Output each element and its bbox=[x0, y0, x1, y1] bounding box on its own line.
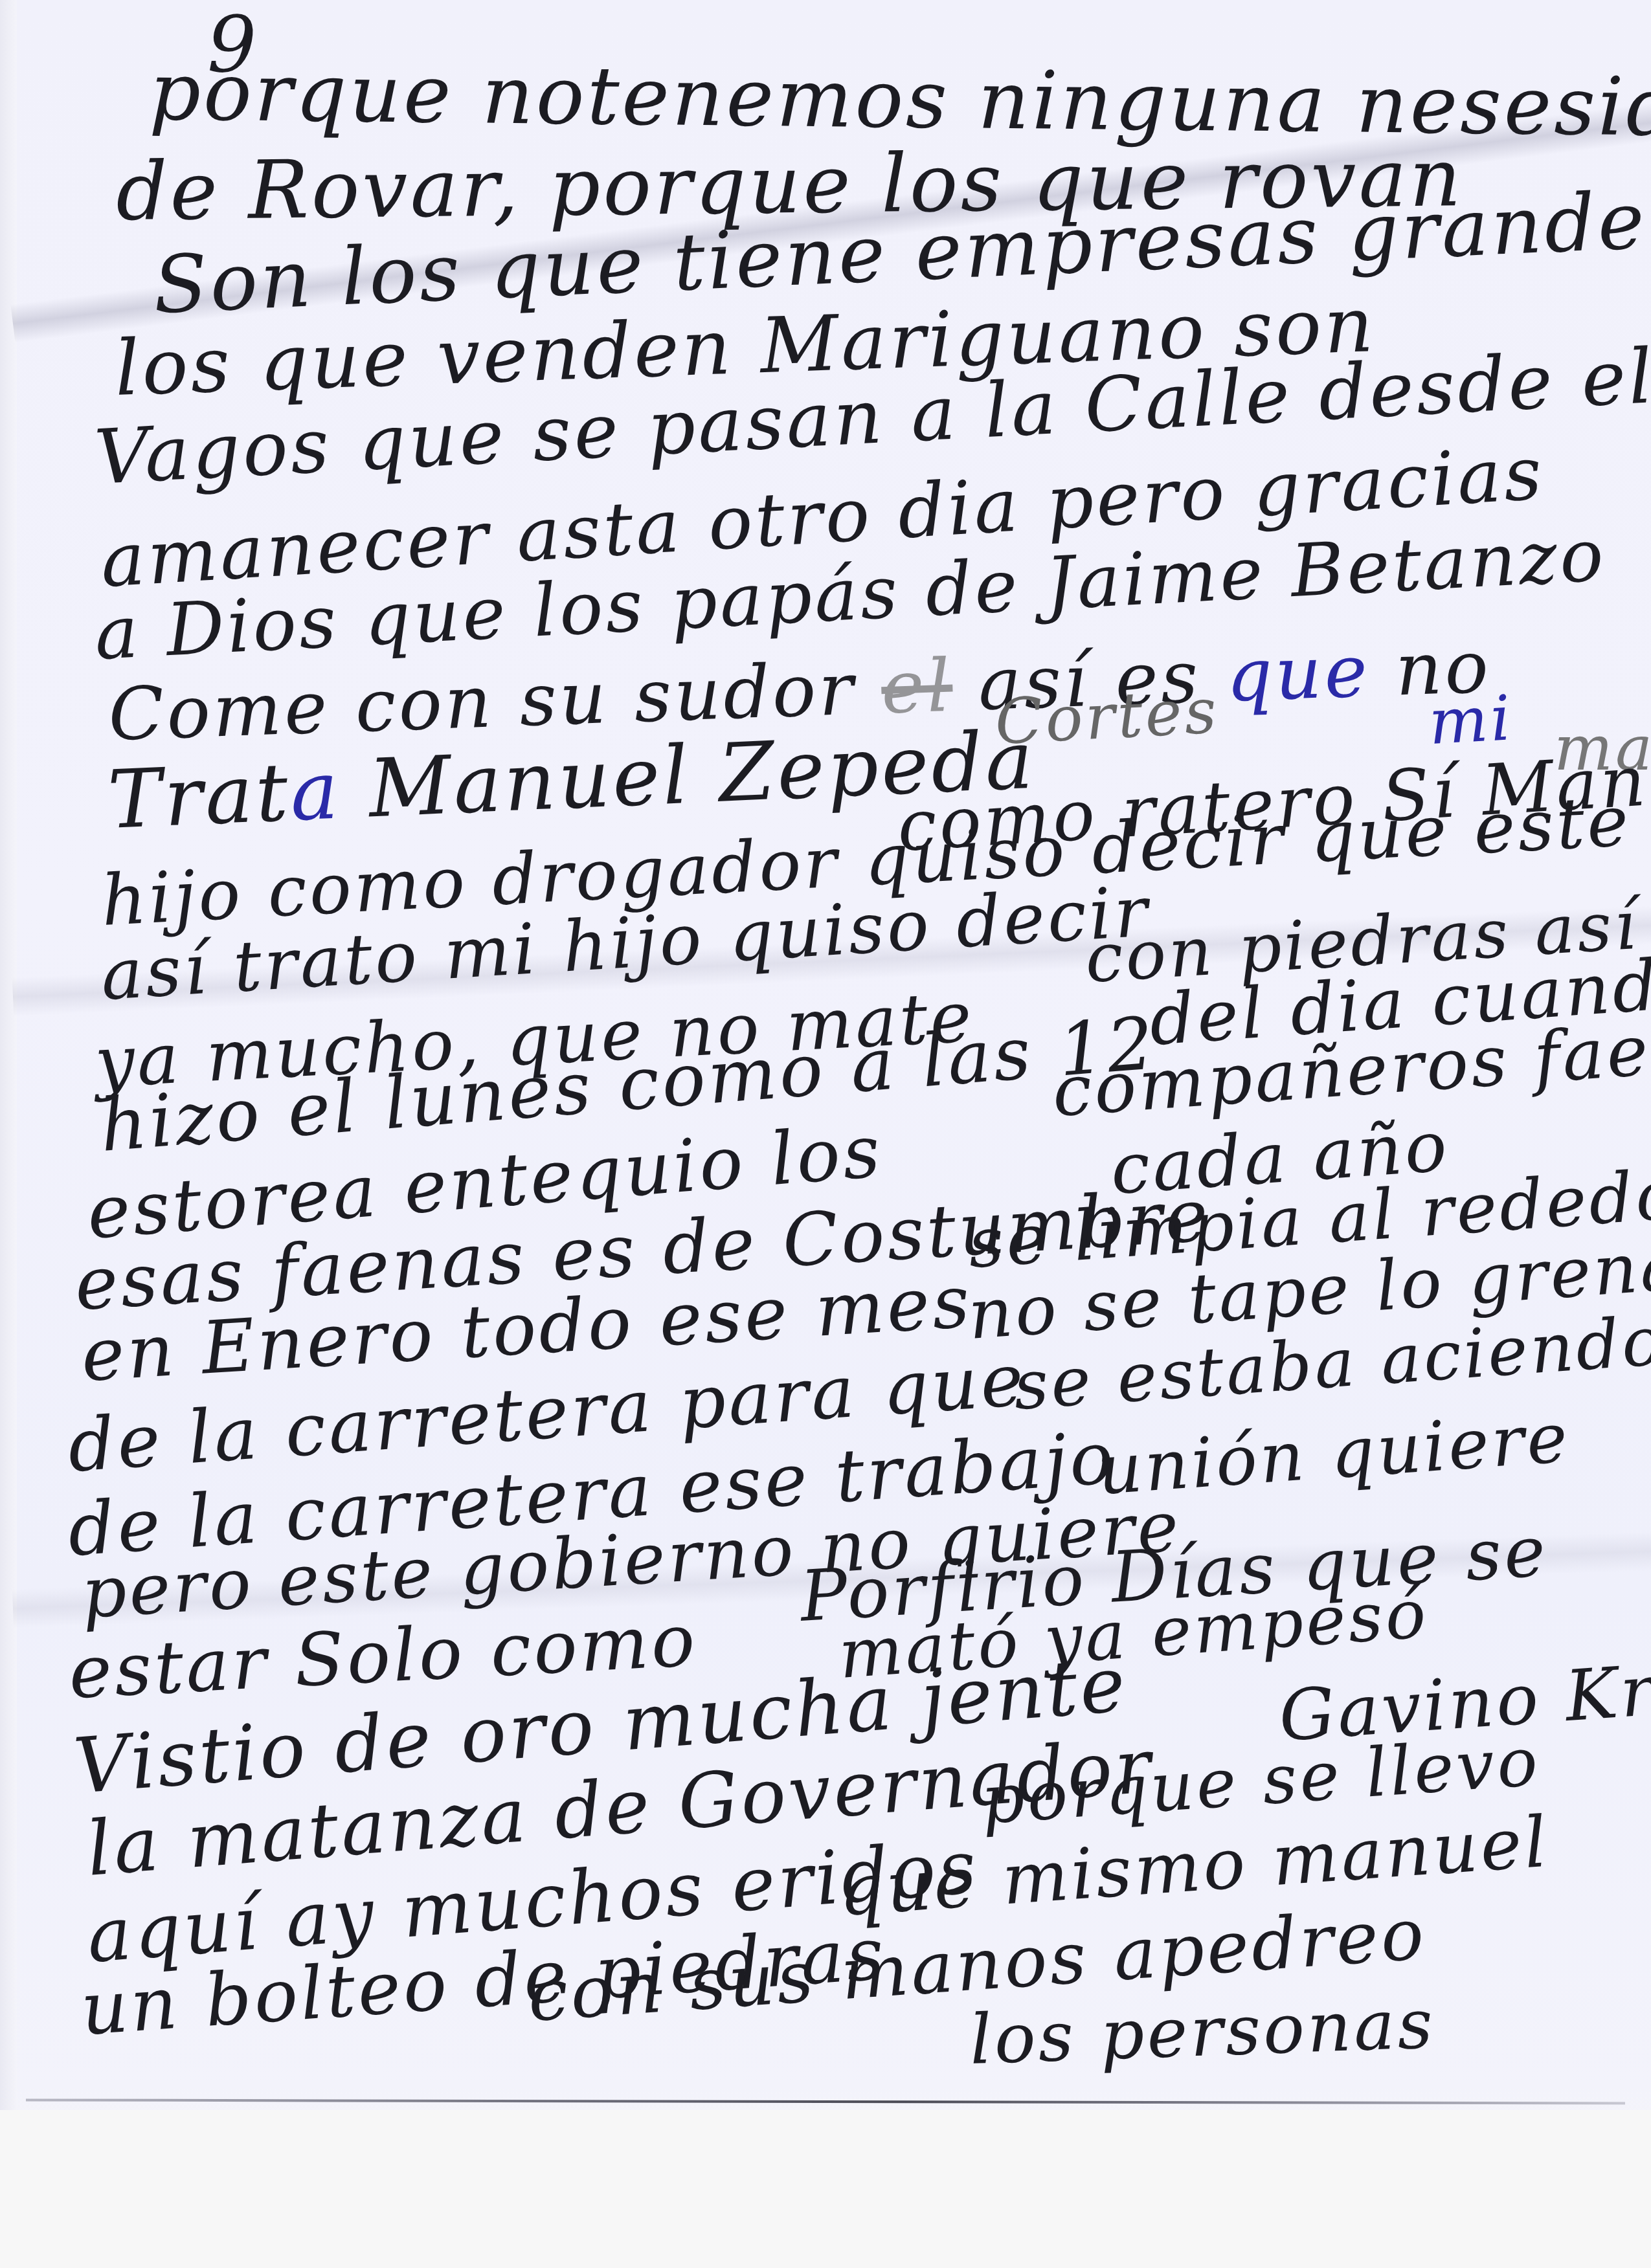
blue-ink-insertion: a bbox=[288, 744, 343, 839]
line-text: Trat bbox=[106, 746, 293, 847]
letter-line: los personas bbox=[969, 1984, 1437, 2080]
scan-margin bbox=[0, 2110, 1651, 2268]
blue-ink-insertion: mi bbox=[1427, 682, 1514, 759]
letter-page: 9 porque notenemos ninguna nesesidad de … bbox=[0, 0, 1651, 2268]
scan-edge-line bbox=[26, 2098, 1625, 2104]
blue-ink-insertion: que bbox=[1224, 629, 1371, 718]
